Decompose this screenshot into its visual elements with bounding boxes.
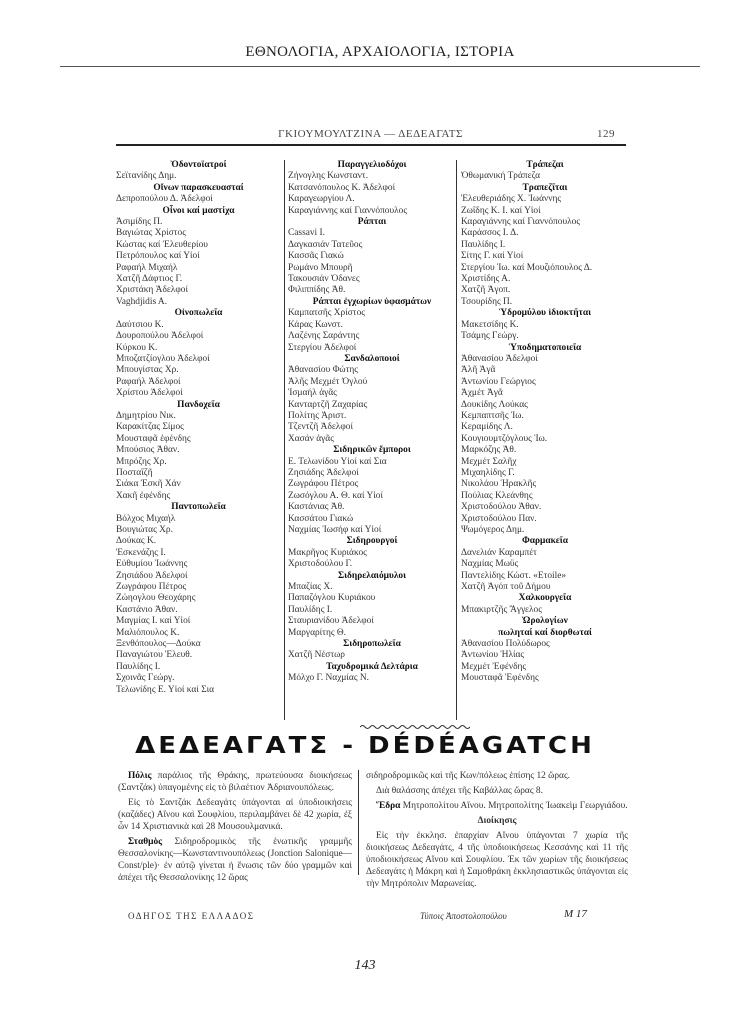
paragraph-lead: Σταθμὸς — [128, 837, 162, 847]
list-item: Ζωγράφου Πέτρος — [288, 479, 456, 490]
list-item: Τελωνίδης Ε. Υἱοί καί Σια — [116, 685, 281, 696]
list-item: Ζώηογλου Θεοχάρης — [116, 593, 281, 604]
list-item: Σίτης Γ. καί Υἱοί — [461, 251, 629, 262]
category-heading: Παντοπωλεῖα — [116, 502, 281, 513]
directory-column-3: ΤράπεζαιὈθωμανική ΤράπεζαΤραπεζῖταιἘλευθ… — [461, 160, 629, 685]
category-heading: Ὡρολογίων — [461, 616, 629, 627]
list-item: Δουκίδης Λούκας — [461, 400, 629, 411]
category-heading: Σιδηροπωλεῖα — [288, 639, 456, 650]
paragraph: Εἰς τὸ Σαντζάκ Δεδεαγάτς ὑπάγονται αἱ ὑπ… — [118, 797, 352, 833]
list-item: Καστάνιας Ἀθ. — [288, 502, 456, 513]
list-item: Σεϊτανίδης Δημ. — [116, 171, 281, 182]
list-item: Μουσταφᾶ ἐφένδης — [116, 434, 281, 445]
list-item: Παντελίδης Κώστ. «Ετοile» — [461, 571, 629, 582]
paragraph-lead: Πόλις — [128, 771, 151, 781]
list-item: Ζωΐδης Κ. Ι. καί Υἱοί — [461, 206, 629, 217]
category-heading: Πανδοχεῖα — [116, 400, 281, 411]
category-heading: Τράπεζαι — [461, 160, 629, 171]
list-item: Δουροπούλου Ἀδελφοί — [116, 331, 281, 342]
list-item: Ναχμίας Μωϋς — [461, 559, 629, 570]
category-heading: Οἶνοι καί μαστίχα — [116, 206, 281, 217]
list-item: Χριστάκη Ἀδελφοί — [116, 285, 281, 296]
list-item: Μπακιρτζῆς Ἄγγελος — [461, 605, 629, 616]
list-item: Μπαζίας Χ. — [288, 582, 456, 593]
list-item: Ἰσμαήλ ἀγᾶς — [288, 388, 456, 399]
category-heading: Τραπεζῖται — [461, 183, 629, 194]
body-text-right: σιδηροδρομικῶς καὶ τῆς Κων/πόλεως ἐπίσης… — [366, 770, 628, 893]
list-item: Ξενθόπουλος—Δούκα — [116, 639, 281, 650]
category-heading: Σανδαλοποιοί — [288, 354, 456, 365]
list-item: Σχοινᾶς Γεώργ. — [116, 673, 281, 684]
list-item: Μουσταφᾶ Ἐφένδης — [461, 673, 629, 684]
list-item: Χριστοδούλου Ἀθαν. — [461, 502, 629, 513]
list-item: Χατζῆ Δάφτιος Γ. — [116, 274, 281, 285]
list-item: Δαύτσιου Κ. — [116, 320, 281, 331]
category-heading: Ὀδοντοϊατροί — [116, 160, 281, 171]
list-item: Ἀσιμίδης Π. — [116, 217, 281, 228]
list-item: Ἀντωνίου Ἠλίας — [461, 650, 629, 661]
list-item: Μπουγίστας Χρ. — [116, 365, 281, 376]
list-item: Κουγιουμτζόγλους Ἰω. — [461, 434, 629, 445]
column-divider — [284, 160, 285, 720]
list-item: Ἀλῆ Ἀγᾶ — [461, 365, 629, 376]
list-item: Μεχμέτ Σαλῆχ — [461, 457, 629, 468]
list-item: Παυλίδης Ι. — [288, 605, 456, 616]
page-number: 143 — [0, 958, 730, 974]
list-item: Ἀλῆς Μεχμέτ Ὀγλού — [288, 377, 456, 388]
category-heading: Ράπται ἐγχωρίων ὑφασμάτων — [288, 297, 456, 308]
section-banner: ΔΕΔΕΑΓΑΤΣ - DÉDÉAGATCH — [0, 733, 730, 760]
list-item: Ζωγράφου Πέτρος — [116, 582, 281, 593]
category-heading: Οἴνων παρασκευασταί — [116, 183, 281, 194]
list-item: Κασσᾶς Γιακώ — [288, 251, 456, 262]
list-item: Κανταρτζῆ Ζαχαρίας — [288, 400, 456, 411]
list-item: Ἀθανασίου Φώτης — [288, 365, 456, 376]
list-item: Τακουσιάν Ὀδανες — [288, 274, 456, 285]
list-item: Καράσσος Ι. Δ. — [461, 228, 629, 239]
section-subheading: Διοίκησις — [366, 815, 628, 827]
list-item: Κασσάτου Γιακώ — [288, 514, 456, 525]
list-item: Μπούσιος Ἀθαν. — [116, 445, 281, 456]
list-item: Ζήνογλης Κωνσταντ. — [288, 171, 456, 182]
list-item: Μαργαρίτης Θ. — [288, 628, 456, 639]
list-item: Χριστοδούλου Γ. — [288, 559, 456, 570]
list-item: Πολίτης Ἀριστ. — [288, 411, 456, 422]
list-item: Μιχαηλίδης Γ. — [461, 468, 629, 479]
category-heading: Ὑδρομύλου ἰδιοκτῆται — [461, 308, 629, 319]
list-item: Πούλιας Κλεάνθης — [461, 491, 629, 502]
category-heading: Ὑποδηματοποιεῖα — [461, 343, 629, 354]
list-item: Κεραμίδης Λ. — [461, 422, 629, 433]
list-item: Λαζένης Σαράντης — [288, 331, 456, 342]
category-heading: Σιδηρουργοί — [288, 536, 456, 547]
category-heading: Ράπται — [288, 217, 456, 228]
body-column-divider — [358, 770, 359, 875]
category-heading: Σιδηρικῶν ἔμποροι — [288, 445, 456, 456]
list-item: Νικολάου Ἡρακλῆς — [461, 479, 629, 490]
list-item: Παπαζόγλου Κυριάκου — [288, 593, 456, 604]
list-item: Τζεντζῆ Ἀδελφοί — [288, 422, 456, 433]
list-item: Μπρόζης Χρ. — [116, 457, 281, 468]
category-heading: Σιδηρελαιόμυλοι — [288, 571, 456, 582]
list-item: Ἀντωνίου Γεώργιος — [461, 377, 629, 388]
list-item: Χατζῆ Ἀγοπ. — [461, 285, 629, 296]
list-item: Κώστας καί Ἐλευθερίου — [116, 240, 281, 251]
list-item: Μακετσίδης Κ. — [461, 320, 629, 331]
list-item: Τσάμης Γεώργ. — [461, 331, 629, 342]
list-item: Δαγκασιάν Τατεῦος — [288, 240, 456, 251]
list-item: Καραγιάννης καί Γιαννόπουλος — [288, 206, 456, 217]
list-item: Φιλιππίδης Ἀθ. — [288, 285, 456, 296]
page-header-rule — [116, 144, 626, 146]
list-item: Δεπροπούλου Δ. Ἀδελφοί — [116, 194, 281, 205]
list-item: Πετρόπουλος καί Υἱοί — [116, 251, 281, 262]
list-item: Χασάν ἀγᾶς — [288, 434, 456, 445]
list-item: Καστάνιο Ἀθαν. — [116, 605, 281, 616]
list-item: Καραγεωργίου Λ. — [288, 194, 456, 205]
directory-column-2: ΠαραγγελιοδόχοιΖήνογλης Κωνσταντ.Κατσανό… — [288, 160, 456, 685]
list-item: Ἀχμέτ Ἀγᾶ — [461, 388, 629, 399]
category-heading: Οἰνοπωλεῖα — [116, 308, 281, 319]
list-item: Μεχμέτ Ἐφένδης — [461, 662, 629, 673]
list-item: Στεργίου Ἰω. καί Μουζιόπουλος Δ. — [461, 263, 629, 274]
paragraph: Εἰς τὴν ἐκκλησ. ἐπαρχίαν Αἴνου ὑπάγονται… — [366, 830, 628, 890]
category-heading: πωληταί καί διορθωταί — [461, 628, 629, 639]
category-heading: Ταχυδρομικά Δελτάρια — [288, 662, 456, 673]
list-item: Μαρκόζης Ἀθ. — [461, 445, 629, 456]
list-item: Ρωμάνο Μπουρῆ — [288, 263, 456, 274]
page-header-title: ΓΚΙΟΥΜΟΥΛΤΖΙΝΑ — ΔΕΔΕΑΓΑΤΣ — [118, 128, 623, 140]
footer-signature: Μ 17 — [564, 908, 587, 920]
body-text-left: Πόλις παράλιος τῆς Θράκης, πρωτεύουσα δι… — [118, 770, 352, 887]
list-item: Κάρας Κωνστ. — [288, 320, 456, 331]
list-item: Παυλίδης Ι. — [461, 240, 629, 251]
list-item: Κατσανόπουλος Κ. Ἀδελφοί — [288, 183, 456, 194]
list-item: Ἀθανασίου Ἀδελφοί — [461, 354, 629, 365]
list-item: Βόλχος Μιχαήλ — [116, 514, 281, 525]
list-item: Vaghdjidis A. — [116, 297, 281, 308]
page-header-number: 129 — [597, 128, 615, 140]
list-item: Χατζῆ Νέστωρ — [288, 650, 456, 661]
footer-guide-title: ΟΔΗΓΟΣ ΤΗΣ ΕΛΛΑΔΟΣ — [128, 911, 255, 921]
list-item: Χριστοδούλου Παν. — [461, 514, 629, 525]
list-item: Ζησιάδου Ἀδελφοί — [116, 571, 281, 582]
list-item: Σταυριανίδου Ἀδελφοί — [288, 616, 456, 627]
paragraph-lead: Ἕδρα — [376, 801, 400, 811]
list-item: Ραφαήλ Ἀδελφοί — [116, 377, 281, 388]
list-item: Τσουρίδης Π. — [461, 297, 629, 308]
list-item: Χατζῆ Ἀγόπ τοῦ Δήμου — [461, 582, 629, 593]
category-heading: Χαλκουργεῖα — [461, 593, 629, 604]
list-item: Καμπατσῆς Χρίστος — [288, 308, 456, 319]
list-item: Μόλχο Γ. Ναχμίας Ν. — [288, 673, 456, 684]
list-item: Δούκας Κ. — [116, 536, 281, 547]
list-item: Σιάκα Ἐσκῆ Χάν — [116, 479, 281, 490]
list-item: Εὐθυμίου Ἰωάννης — [116, 559, 281, 570]
paragraph: Ἕδρα Μητροπολίτου Αἴνου. Μητροπολίτης Ἰω… — [366, 800, 628, 812]
list-item: Ψωμόγερος Δημ. — [461, 525, 629, 536]
footer-printer: Τύποις Ἀποστολοπούλου — [420, 911, 507, 921]
list-item: Χακῆ ἐφένδης — [116, 491, 281, 502]
list-item: Ἐσκενάζης Ι. — [116, 548, 281, 559]
list-item: Χριστίδης Α. — [461, 274, 629, 285]
paragraph: Πόλις παράλιος τῆς Θράκης, πρωτεύουσα δι… — [118, 770, 352, 794]
list-item: Cassavi I. — [288, 228, 456, 239]
list-item: Παναγιώτου Ἐλευθ. — [116, 650, 281, 661]
column-divider — [456, 160, 457, 720]
list-item: Βουγιώτας Χρ. — [116, 525, 281, 536]
list-item: Ζωσόγλου Α. Θ. καί Υἱοί — [288, 491, 456, 502]
list-item: Ἀθανασίου Πολύδωρος — [461, 639, 629, 650]
directory-column-1: ὈδοντοϊατροίΣεϊτανίδης Δημ.Οἴνων παρασκε… — [116, 160, 281, 696]
list-item: Στεργίου Ἀδελφοί — [288, 343, 456, 354]
list-item: Καρακίτζας Σίμος — [116, 422, 281, 433]
list-item: Κύρκου Κ. — [116, 343, 281, 354]
category-heading: Παραγγελιοδόχοι — [288, 160, 456, 171]
list-item: Κεμπαπτσῆς Ἰω. — [461, 411, 629, 422]
running-head-rule — [60, 66, 700, 67]
directory-columns: ὈδοντοϊατροίΣεϊτανίδης Δημ.Οἴνων παρασκε… — [116, 160, 626, 730]
list-item: Ὀθωμανική Τράπεζα — [461, 171, 629, 182]
list-item: Ναχμίας Ἰωσήφ καί Υἱοί — [288, 525, 456, 536]
list-item: Μακρῆγος Κυριάκος — [288, 548, 456, 559]
list-item: Καραγιάννης καί Γιαννόπουλος — [461, 217, 629, 228]
list-item: Παυλίδης Ι. — [116, 662, 281, 673]
list-item: Ἐλευθεριάδης Χ. Ἰωάννης — [461, 194, 629, 205]
list-item: Ζησιάδης Ἀδελφοί — [288, 468, 456, 479]
category-heading: Φαρμακεῖα — [461, 536, 629, 547]
paragraph: Σταθμὸς Σιδηροδρομικὸς τῆς ἑνωτικῆς γραμ… — [118, 836, 352, 884]
list-item: Βαγιώτας Χρίστος — [116, 228, 281, 239]
list-item: Ποσταΐζῆ — [116, 468, 281, 479]
wavy-ornament — [360, 724, 470, 730]
list-item: Ε. Τελωνίδου Υἱοί καί Σια — [288, 457, 456, 468]
running-head: ΕΘΝΟΛΟΓΙΑ, ΑΡΧΑΙΟΛΟΓΙΑ, ΙΣΤΟΡΙΑ — [60, 44, 700, 61]
list-item: Μαγμίας Ι. καί Υἱοί — [116, 616, 281, 627]
paragraph: Διὰ θαλάσσης ἀπέχει τῆς Καβάλλας ὥρας 8. — [366, 785, 628, 797]
list-item: Μαλιόπουλος Κ. — [116, 628, 281, 639]
list-item: Δημητρίου Νικ. — [116, 411, 281, 422]
list-item: Χρίστου Ἀδελφοί — [116, 388, 281, 399]
list-item: Ραφαήλ Μιχαήλ — [116, 263, 281, 274]
list-item: Δανελιάν Καραμπέτ — [461, 548, 629, 559]
list-item: Μποζατζίογλου Ἀδελφοί — [116, 354, 281, 365]
paragraph: σιδηροδρομικῶς καὶ τῆς Κων/πόλεως ἐπίσης… — [366, 770, 628, 782]
